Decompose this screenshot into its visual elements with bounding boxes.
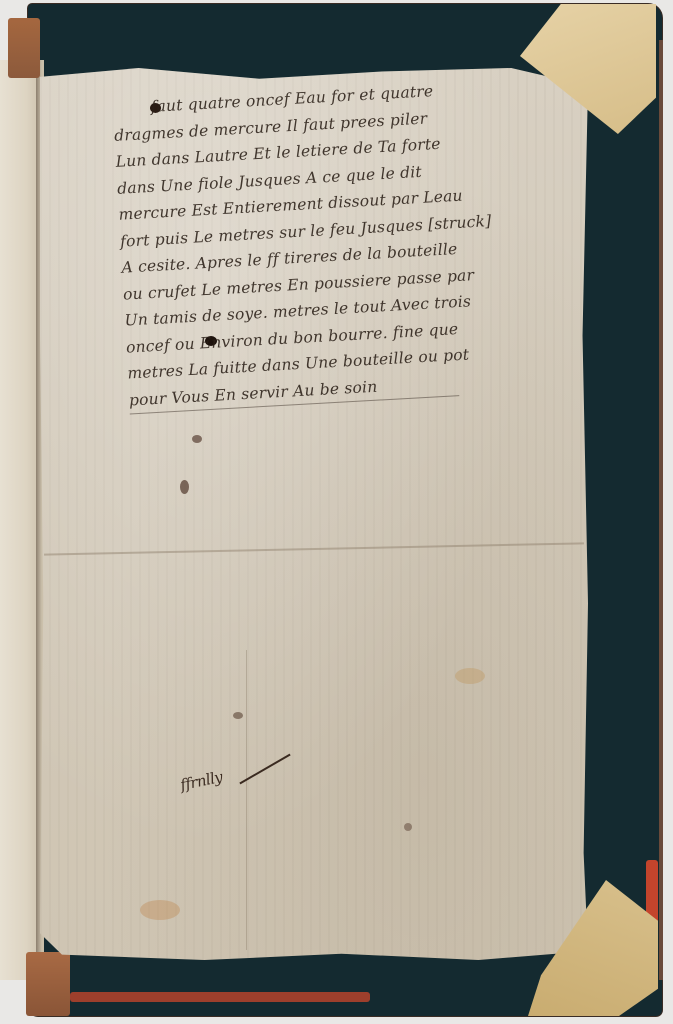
leather-spine-bottom (26, 952, 70, 1016)
stain-spot (192, 435, 202, 443)
manuscript-photo: faut quatre oncef Eau for et quatre drag… (0, 0, 673, 1024)
stain-spot (233, 712, 243, 719)
paper-fold (246, 650, 247, 950)
foxing-stain (455, 668, 485, 684)
stain-spot (180, 480, 189, 494)
board-edge (659, 40, 663, 980)
handwritten-recipe-text: faut quatre oncef Eau for et quatre drag… (112, 71, 579, 415)
stain-spot (404, 823, 412, 831)
foxing-stain (140, 900, 180, 920)
leather-spine-top (8, 18, 40, 78)
red-edge-bottom (70, 992, 370, 1002)
